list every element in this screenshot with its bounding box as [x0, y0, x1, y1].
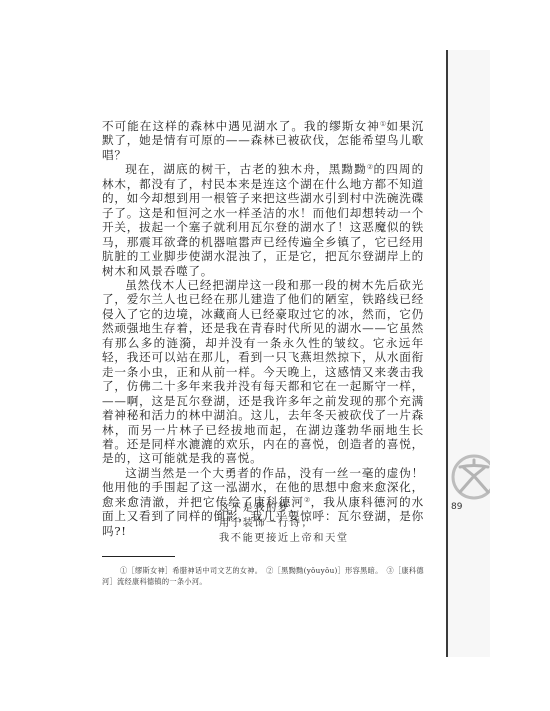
poem-line-3: 我不能更接近上帝和天堂 — [219, 531, 349, 546]
textbook-page: 不可能在这样的森林中遇见湖水了。我的缪斯女神①如果沉默了，她是情有可原的——森林… — [0, 0, 550, 711]
margin-rule — [446, 50, 448, 657]
wen-character-seal-icon — [451, 454, 490, 500]
paragraph-2-text-a: 现在，湖底的树干，古老的独木舟，黑黝黝 — [125, 162, 367, 176]
footnote-text: ①［缪斯女神］希腊神话中司文艺的女神。 ②［黑黝黝(yǒuyǒu)］形容黑暗。 … — [102, 565, 424, 587]
poem-excerpt: 这不是我的梦， 用于装饰一行诗； 我不能更接近上帝和天堂 — [219, 501, 349, 546]
footnotes: ①［缪斯女神］希腊神话中司文艺的女神。 ②［黑黝黝(yǒuyǒu)］形容黑暗。 … — [102, 565, 424, 587]
body-text: 不可能在这样的森林中遇见湖水了。我的缪斯女神①如果沉默了，她是情有可原的——森林… — [102, 119, 424, 538]
paragraph-1-text-a: 不可能在这样的森林中遇见湖水了。我的缪斯女神 — [102, 119, 380, 133]
poem-line-1: 这不是我的梦， — [219, 501, 349, 516]
poem-line-2: 用于装饰一行诗； — [219, 516, 349, 531]
margin-band — [448, 50, 490, 657]
paragraph-1: 不可能在这样的森林中遇见湖水了。我的缪斯女神①如果沉默了，她是情有可原的——森林… — [102, 119, 424, 162]
page-number: 89 — [451, 502, 462, 512]
paragraph-3-text: 虽然伐木人已经把湖岸这一段和那一段的树木先后砍光了，爱尔兰人也已经在那儿建造了他… — [102, 278, 424, 465]
footnote-separator — [102, 556, 175, 557]
paragraph-2: 现在，湖底的树干，古老的独木舟，黑黝黝②的四周的林木，都没有了，村民本来是连这个… — [102, 162, 424, 278]
paragraph-3: 虽然伐木人已经把湖岸这一段和那一段的树木先后砍光了，爱尔兰人也已经在那儿建造了他… — [102, 278, 424, 466]
paragraph-2-text-b: 的四周的林木，都没有了，村民本来是连这个湖在什么地方都不知道的，如今却想到用一根… — [102, 162, 424, 277]
